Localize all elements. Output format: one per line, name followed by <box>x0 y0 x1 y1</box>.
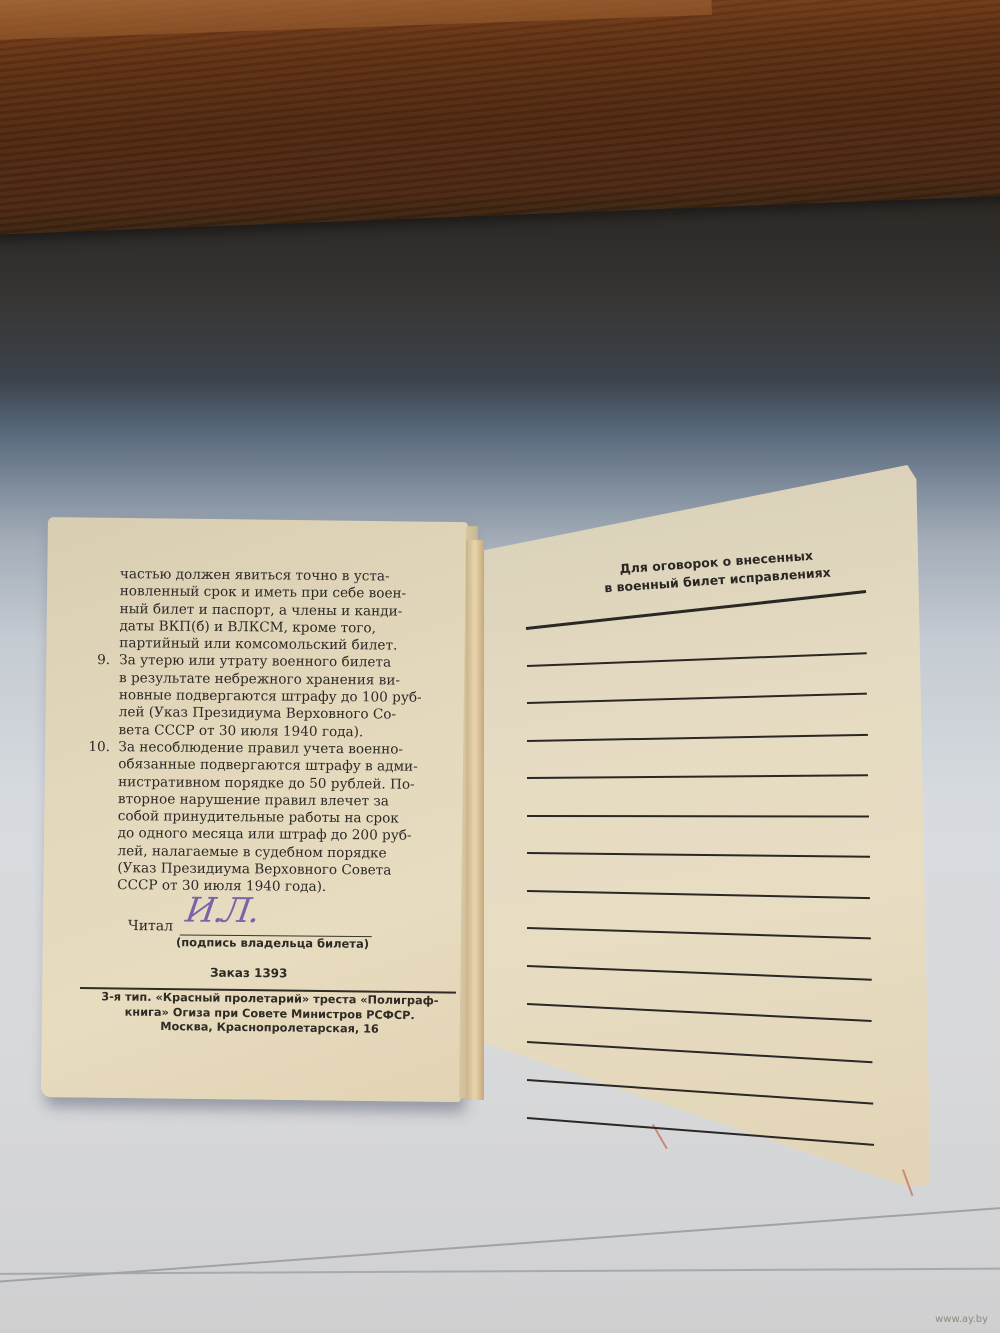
rule-item: 9.За утерю или утрату военного билетав р… <box>102 652 455 742</box>
order-number: Заказ 1393 <box>210 966 288 981</box>
continuation-paragraph: частью должен явиться точно в уста-новле… <box>103 566 456 656</box>
rule-number: 9. <box>97 652 110 669</box>
signature-caption: (подпись владельца билета) <box>176 935 369 951</box>
watermark: www.ay.by <box>935 1314 988 1325</box>
rule-item: 10.За несоблюдение правил учета военно-о… <box>101 739 454 898</box>
rule-number: 10. <box>88 739 110 756</box>
text-line: СССР от 30 июля 1940 года). <box>117 877 453 897</box>
booklet-spine <box>466 540 484 1100</box>
left-page-text: частью должен явиться точно в уста-новле… <box>101 566 456 898</box>
printer-imprint: 3-я тип. «Красный пролетарий» треста «По… <box>77 990 462 1038</box>
ruled-line <box>527 815 869 818</box>
read-label: Читал <box>128 918 173 934</box>
rules-list: 9.За утерю или утрату военного билетав р… <box>101 652 455 897</box>
photo-scene: частью должен явиться точно в уста-новле… <box>0 0 1000 1333</box>
wooden-shelf <box>0 0 1000 235</box>
handwritten-signature: И.Л. <box>183 891 261 932</box>
